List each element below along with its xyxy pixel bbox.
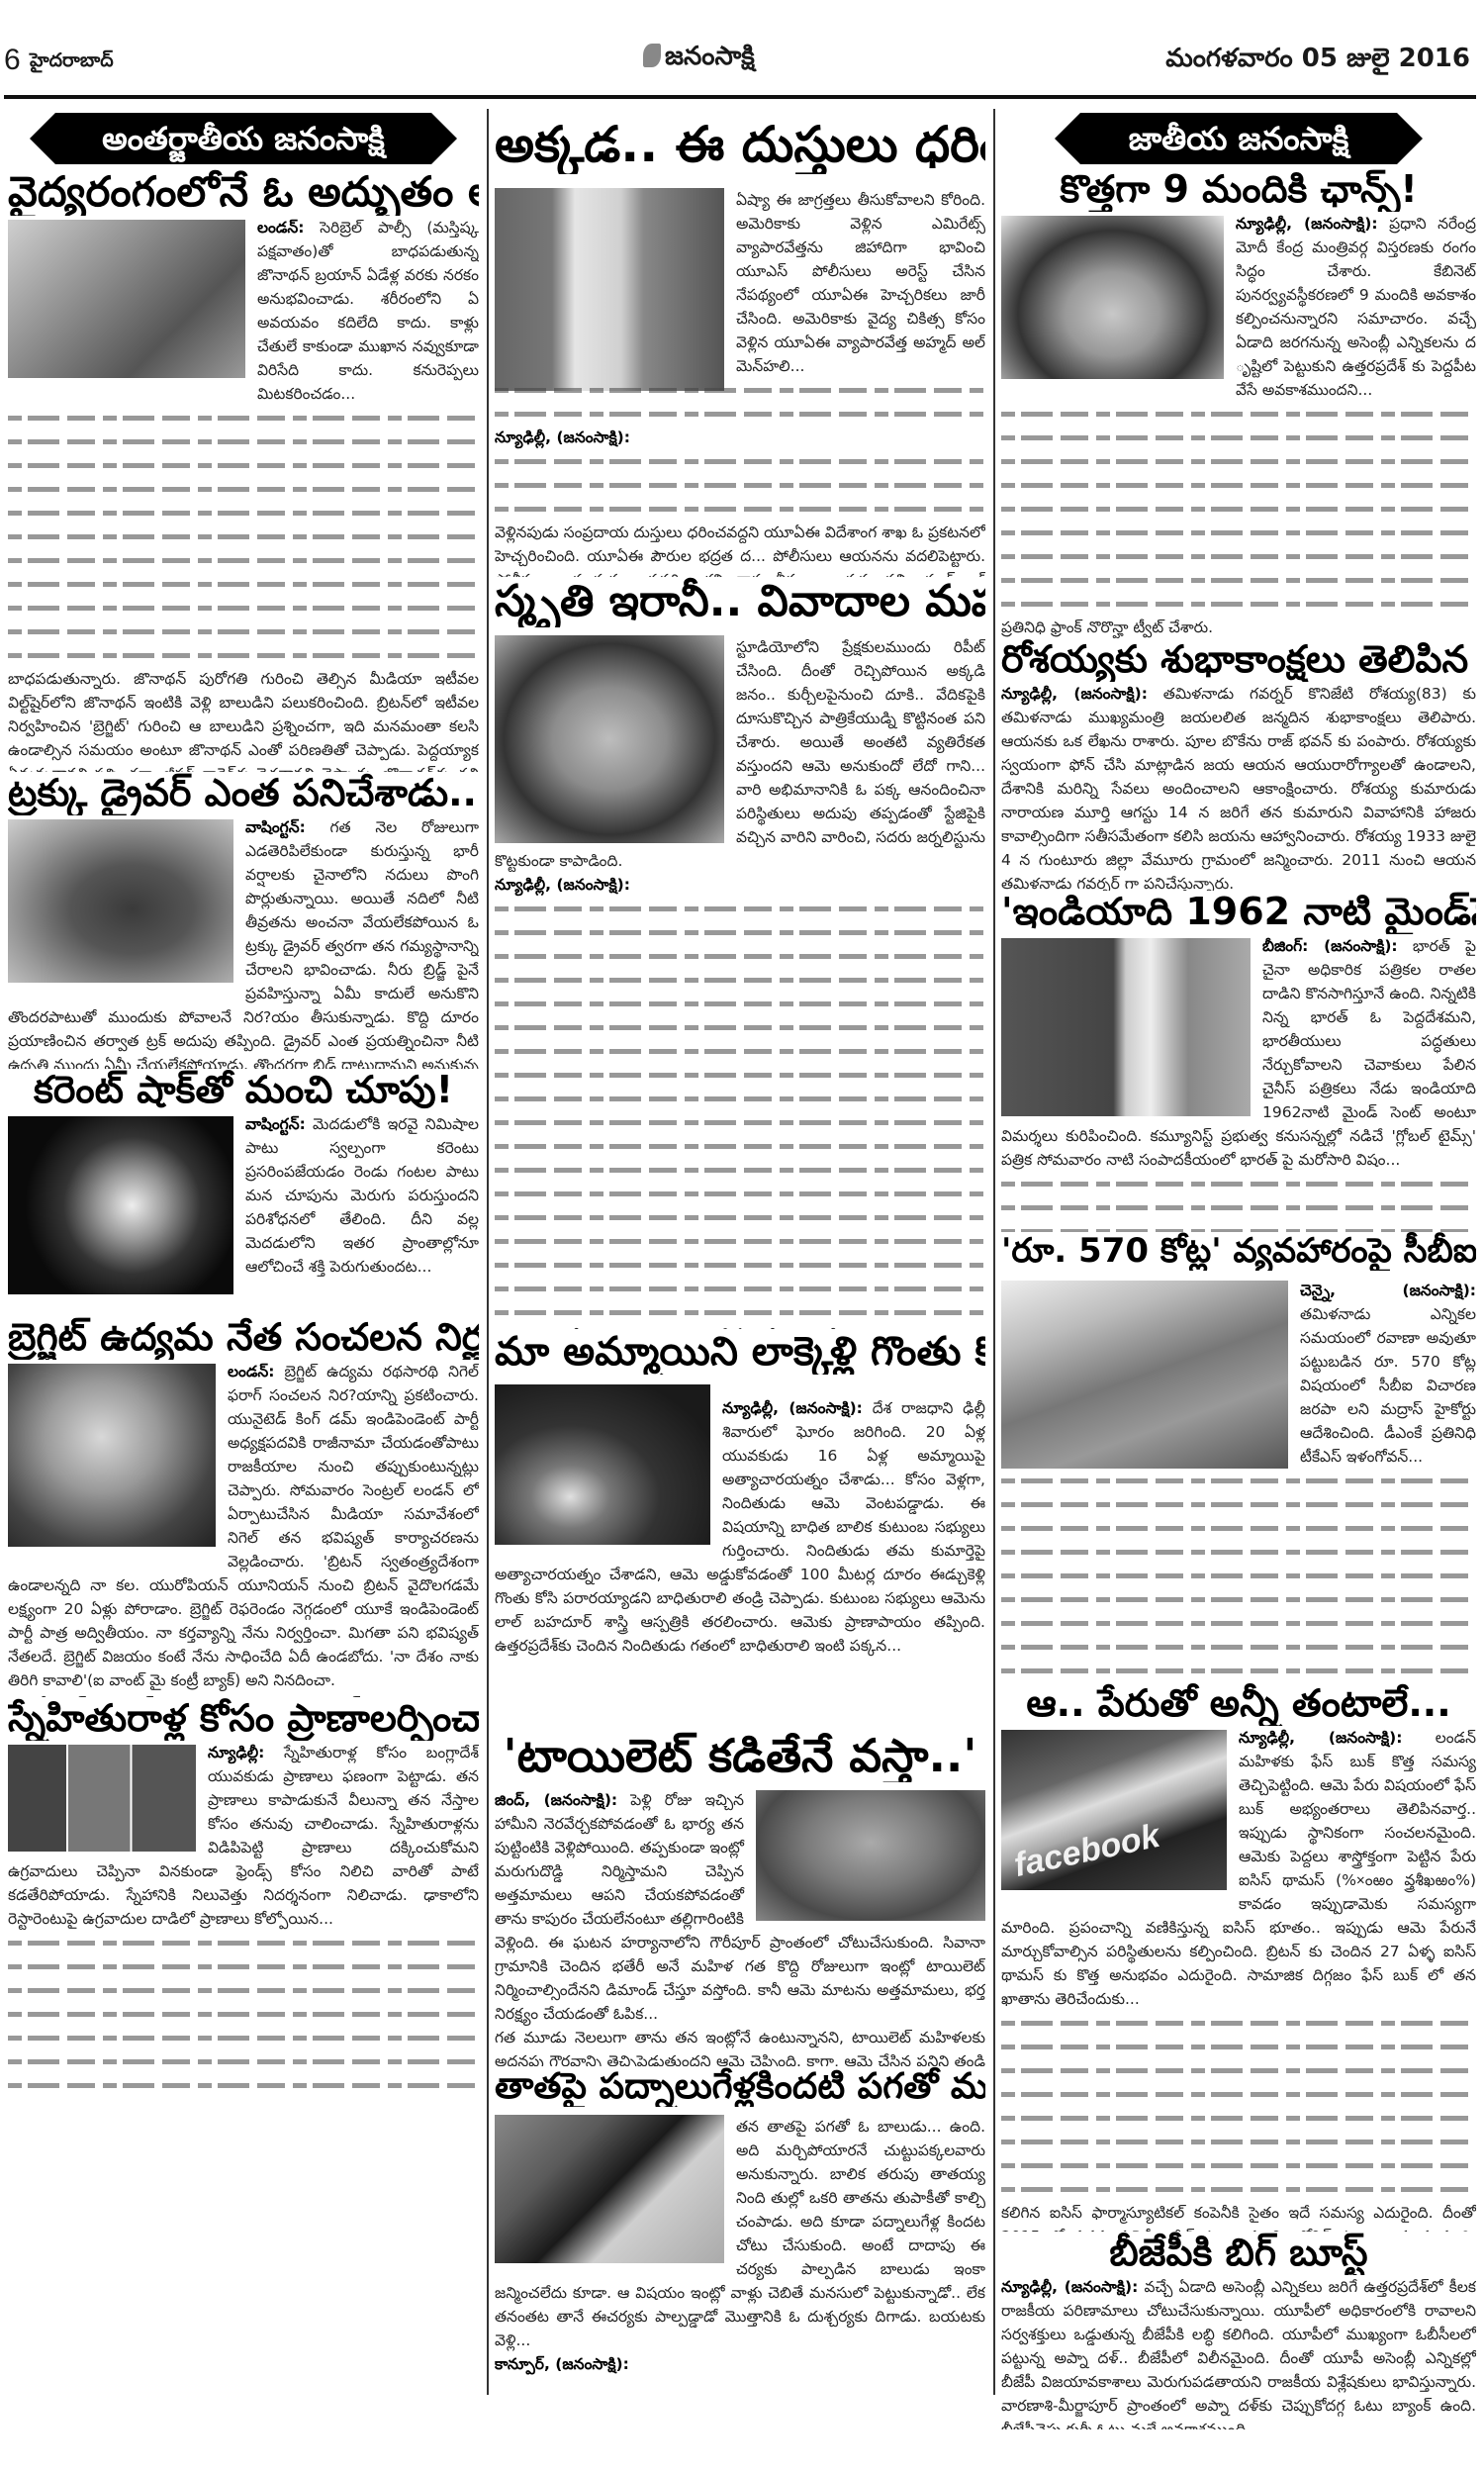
cash-bundles-truck-photo [1001, 1281, 1288, 1469]
illustration-hand-over-face [495, 2115, 724, 2263]
night-crime-scene-photo [495, 1384, 710, 1545]
story-india-1962-mindset: 'ఇండియాది 1962 నాటి మైండ్‌సెట్' బీజింగ్:… [1001, 891, 1476, 1232]
column-divider [993, 109, 995, 2395]
story-toilet-demand: 'టాయిలెట్ కడితేనే వస్తా..' జింద్, (జనంసా… [495, 1730, 985, 2066]
dateline: వాషింగ్టన్: [245, 1115, 306, 1133]
masthead: 6 హైదరాబాద్ జనంసాక్షి మంగళవారం 05 జులై 2… [0, 26, 1484, 95]
dateline: లండన్: [228, 1363, 274, 1380]
story-body: న్యూఢిల్లీ, (జనంసాక్షి): వచ్చే ఏడాది అసె… [1001, 2275, 1476, 2429]
three-friends-photo [8, 1745, 196, 1852]
story-cabinet-expansion: కొత్తగా 9 మందికి ఛాన్స్! న్యూఢిల్లీ, (జన… [1001, 168, 1476, 638]
smriti-irani-photo [495, 635, 724, 843]
story-isis-name-trouble: ఆ.. పేరుతో అన్నీ తంటాలే... facebook న్యూ… [1001, 1682, 1476, 2232]
story-closing: గత మూడు నెలలుగా తాను తన ఇంట్లోనే ఉంటున్న… [495, 2026, 985, 2066]
left-column: అంతర్జాతీయ జనంసాక్షి వైద్యరంగంలోనే ఓ అద్… [8, 107, 479, 2093]
story-body: న్యూఢిల్లీ, (జనంసాక్షి): తమిళనాడు గవర్నర… [1001, 682, 1476, 891]
headline: 'ఇండియాది 1962 నాటి మైండ్‌సెట్' [1001, 891, 1476, 934]
headline: బీజేపీకి బిగ్ బూస్ట్ [1001, 2232, 1476, 2275]
issue-date: మంగళవారం 05 జులై 2016 [1165, 44, 1470, 79]
headline: ట్రక్కు డ్రైవర్ ఎంత పనిచేశాడు... [8, 772, 479, 815]
story-closing: ప్రతినిధి ఫ్రాంక్ నొరొన్హా ట్వీట్ చేశారు… [1001, 616, 1476, 638]
dateline: జింద్, (జనంసాక్షి): [495, 1791, 617, 1809]
section-banner-national: జాతీయ జనంసాక్షి [1080, 113, 1397, 164]
story-current-shock: కరెంట్ షాక్‌తో మంచి చూపు! వాషింగ్టన్: మె… [8, 1069, 479, 1316]
dateline: న్యూఢిల్లీ, (జనంసాక్షి): [1001, 685, 1148, 703]
dateline: న్యూఢిల్లీ, (జనంసాక్షి): [1001, 2278, 1138, 2296]
dateline: న్యూఢిల్లీ, (జనంసాక్షి): [1239, 1729, 1402, 1747]
story-friends-sacrifice: స్నేహితురాళ్ల కోసం ప్రాణాలర్పించాడు న్యూ… [8, 1697, 479, 2093]
story-closing: బాధపడుతున్నారు. జొనాథన్ పురోగతి గురించి … [8, 667, 479, 772]
dateline: న్యూఢిల్లీ, (జనంసాక్షి): [1236, 215, 1378, 233]
story-bjp-big-boost: బీజేపీకి బిగ్ బూస్ట్ న్యూఢిల్లీ, (జనంసాక… [1001, 2232, 1476, 2429]
dateline: న్యూఢిల్లీ, (జనంసాక్షి): [722, 1399, 863, 1417]
dateline: న్యూఢిల్లీ: [208, 1744, 264, 1761]
edition-city: హైదరాబాద్ [30, 49, 114, 76]
story-grandfather-revenge: తాతపై పద్నాలుగేళ్లకిందటి పగతో మనవరాలిని.… [495, 2066, 985, 2403]
right-column: జాతీయ జనంసాక్షి కొత్తగా 9 మందికి ఛాన్స్!… [1001, 107, 1476, 2429]
headline: స్నేహితురాళ్ల కోసం ప్రాణాలర్పించాడు [8, 1697, 479, 1741]
truck-in-flood-photo [8, 819, 233, 983]
headline: ఆ.. పేరుతో అన్నీ తంటాలే... [1001, 1682, 1476, 1726]
story-dress-warning: అక్కడ.. ఈ దుస్తులు ధరించకండి ఏష్యా ఈ జాగ… [495, 107, 985, 577]
dateline: చెన్నై, (జనంసాక్షి): [1300, 1282, 1476, 1299]
woman-portrait-photo [756, 1790, 985, 1921]
headline: బ్రెగ్జిట్ ఉద్యమ నేత సంచలన నిర్ణయం [8, 1316, 479, 1360]
newspaper-page: 6 హైదరాబాద్ జనంసాక్షి మంగళవారం 05 జులై 2… [0, 0, 1484, 2474]
story-throat-slit: మా అమ్మాయిని లాక్కెళ్లి గొంతు కోశాడు న్య… [495, 1329, 985, 1730]
center-column: అక్కడ.. ఈ దుస్తులు ధరించకండి ఏష్యా ఈ జాగ… [495, 107, 985, 2403]
section-banner-international: అంతర్జాతీయ జనంసాక్షి [55, 113, 431, 164]
story-closing: కలిగిన ఐసిస్ ఫార్మాస్యూటికల్ కంపెనీకి సై… [1001, 2201, 1476, 2232]
story-miracle-boy: వైద్యరంగంలోనే ఓ అద్భుతం ఆ బాలుడు లండన్: … [8, 168, 479, 772]
headline: తాతపై పద్నాలుగేళ్లకిందటి పగతో మనవరాలిని.… [495, 2066, 985, 2107]
headline: కొత్తగా 9 మందికి ఛాన్స్! [1001, 168, 1476, 212]
masthead-rule [4, 95, 1476, 99]
man-in-white-robe-photo [495, 188, 724, 391]
newspaper-logo: జనంసాక్షి [643, 42, 900, 77]
headline: మా అమ్మాయిని లాక్కెళ్లి గొంతు కోశాడు [495, 1329, 985, 1375]
story-truck-driver: ట్రక్కు డ్రైవర్ ఎంత పనిచేశాడు... వాషింగ్… [8, 772, 479, 1069]
glowing-brain-photo [8, 1116, 233, 1294]
nigel-farage-photo [8, 1364, 216, 1547]
headline: అక్కడ.. ఈ దుస్తులు ధరించకండి [495, 117, 985, 174]
story-brexit-leader: బ్రెగ్జిట్ ఉద్యమ నేత సంచలన నిర్ణయం లండన్… [8, 1316, 479, 1697]
page-number: 6 [4, 44, 21, 77]
facebook-phone-photo: facebook [1001, 1730, 1227, 1890]
column-divider [487, 109, 489, 2395]
dateline: న్యూఢిల్లీ, (జనంసాక్షి): [495, 876, 630, 894]
headline: కరెంట్ షాక్‌తో మంచి చూపు! [8, 1069, 479, 1112]
dateline: బీజింగ్: (జనంసాక్షి): [1262, 937, 1398, 955]
dateline: లండన్: [257, 219, 304, 237]
story-570-crore-cbi: 'రూ. 570 కోట్ల' వ్యవహారంపై సీబీఐ విచారణ … [1001, 1232, 1476, 1682]
logo-emblem-icon [643, 44, 661, 67]
headline: స్మృతి ఇరానీ.. వివాదాల మహారాణి..! [495, 577, 985, 627]
story-smriti-irani: స్మృతి ఇరానీ.. వివాదాల మహారాణి..! స్టూడి… [495, 577, 985, 1329]
dateline: కాన్పూర్, (జనంసాక్షి): [495, 2355, 629, 2373]
headline: 'టాయిలెట్ కడితేనే వస్తా..' [495, 1730, 985, 1782]
dateline: వాషింగ్టన్: [245, 818, 306, 836]
china-india-flags-photo [1001, 938, 1251, 1116]
dateline: న్యూఢిల్లీ, (జనంసాక్షి): [495, 428, 630, 446]
headline: రోశయ్యకు శుభాకాంక్షలు తెలిపిన జయ [1001, 638, 1476, 682]
story-rosaiah-wishes: రోశయ్యకు శుభాకాంక్షలు తెలిపిన జయ న్యూఢిల… [1001, 638, 1476, 891]
woman-politician-photo [1001, 216, 1224, 379]
story-closing: వెళ్లినపుడు సంప్రదాయ దుస్తులు ధరించవద్దన… [495, 521, 985, 578]
logo-text: జనంసాక్షి [665, 42, 755, 71]
family-photo [8, 220, 245, 378]
headline: వైద్యరంగంలోనే ఓ అద్భుతం ఆ బాలుడు [8, 168, 479, 216]
headline: 'రూ. 570 కోట్ల' వ్యవహారంపై సీబీఐ విచారణ [1001, 1232, 1476, 1271]
